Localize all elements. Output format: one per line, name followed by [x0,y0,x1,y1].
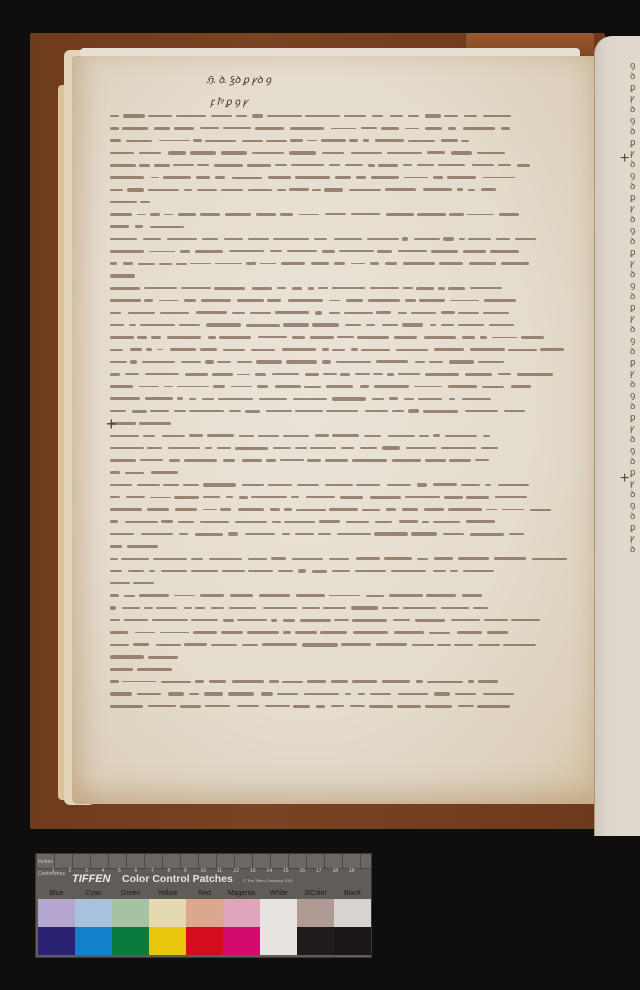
handwritten-line [110,577,570,589]
handwritten-line [110,590,570,602]
handwritten-line [110,110,570,122]
patch-label: Black [334,890,371,897]
patch-label: Green [112,890,149,897]
ruler-number: 1 [52,868,55,874]
handwritten-line [110,516,570,528]
handwritten-line [110,430,570,442]
handwritten-line [110,245,570,257]
handwritten-line [110,294,570,306]
color-patch-green-dark [112,927,149,955]
handwritten-line [110,504,570,516]
handwritten-line [110,454,570,466]
color-patch-yellow-dark [149,927,186,955]
manuscript-heading-2: ꝼ ꝉꝰ ꝑ ꝯ ꝩ [210,94,248,108]
handwritten-line [110,393,570,405]
handwritten-line [110,233,570,245]
handwritten-line [110,356,570,368]
handwritten-line [110,479,570,491]
ruler-number: 2 [69,868,72,874]
handwritten-line [110,122,570,134]
handwritten-line [110,565,570,577]
handwritten-line [110,540,570,552]
handwritten-line [110,405,570,417]
handwritten-line [110,688,570,700]
handwritten-line [110,258,570,270]
patch-label: 3/Color [297,890,334,897]
color-patch-3-color-dark [297,927,334,955]
chart-title: Color Control Patches [122,873,233,885]
handwritten-line [110,147,570,159]
color-patch-blue-light [38,899,75,927]
handwritten-line [110,417,570,429]
ruler-number: 13 [250,868,256,874]
handwritten-line [110,368,570,380]
color-patch-3-color-light [297,899,334,927]
handwritten-line [110,491,570,503]
handwritten-line [110,171,570,183]
brand-logo: TIFFEN [72,873,111,885]
color-patch-cyan-light [75,899,112,927]
handwritten-line [110,196,570,208]
handwritten-line [110,282,570,294]
color-patch-yellow-light [149,899,186,927]
handwritten-line [110,467,570,479]
patch-label: Cyan [75,890,112,897]
color-patch-green-light [112,899,149,927]
handwritten-line [110,159,570,171]
handwritten-line [110,319,570,331]
ruler-number: 18 [333,868,339,874]
color-patch-magenta-dark [223,927,260,955]
facing-margin-cross-icon: + [620,150,629,168]
patch-label: Red [186,890,223,897]
handwritten-text-block [110,110,570,713]
ruler-number: 17 [316,868,322,874]
handwritten-line [110,135,570,147]
handwritten-line [110,602,570,614]
ruler-label: Inches [38,859,53,865]
handwritten-line [110,651,570,663]
ruler: Inches [36,854,371,869]
color-control-chart: Inches Centimetres 123456789101112131415… [35,853,372,958]
handwritten-line [110,344,570,356]
patch-label: Yellow [149,890,186,897]
patch-label: Blue [38,890,75,897]
handwritten-line [110,676,570,688]
handwritten-line [110,221,570,233]
color-patch-cyan-dark [75,927,112,955]
color-patch-red-dark [186,927,223,955]
handwritten-line [110,184,570,196]
color-patch-red-light [186,899,223,927]
handwritten-line [110,700,570,712]
handwritten-line [110,614,570,626]
ruler-number: 16 [300,868,306,874]
ruler-number: 12 [234,868,240,874]
patch-label: Magenta [223,890,260,897]
handwritten-line [110,553,570,565]
facing-page-text: ꝯꝺꝑꝩꝺꝯꝺꝑꝩꝺꝯꝺꝑꝩꝺꝯꝺꝑꝩꝺꝯꝺꝑꝩꝺꝯꝺꝑꝩꝺꝯꝺꝑꝩꝺꝯꝺꝑꝩꝺ… [630,60,640,500]
color-patch-white-dark [260,927,297,955]
manuscript-heading-1: ℌ. ꝺ. ꝣꝺ ꝑ ꝩꝺ ꝯ [206,72,271,86]
handwritten-line [110,331,570,343]
color-patch-white-light [260,899,297,927]
color-patch-blue-dark [38,927,75,955]
handwritten-line [110,208,570,220]
ruler-number: 15 [283,868,289,874]
handwritten-line [110,442,570,454]
color-patch-magenta-light [223,899,260,927]
handwritten-line [110,307,570,319]
ruler-number: 14 [267,868,273,874]
ruler-number: 19 [349,868,355,874]
handwritten-line [110,381,570,393]
color-patch-black-light [334,899,371,927]
color-patch-black-dark [334,927,371,955]
copyright: © The Tiffen Company 2002 [243,878,293,883]
handwritten-line [110,270,570,282]
facing-margin-cross-icon: + [620,470,629,488]
ruler-number: 5 [118,868,121,874]
handwritten-line [110,639,570,651]
patch-label: White [260,890,297,897]
handwritten-line [110,528,570,540]
handwritten-line [110,626,570,638]
handwritten-line [110,663,570,675]
